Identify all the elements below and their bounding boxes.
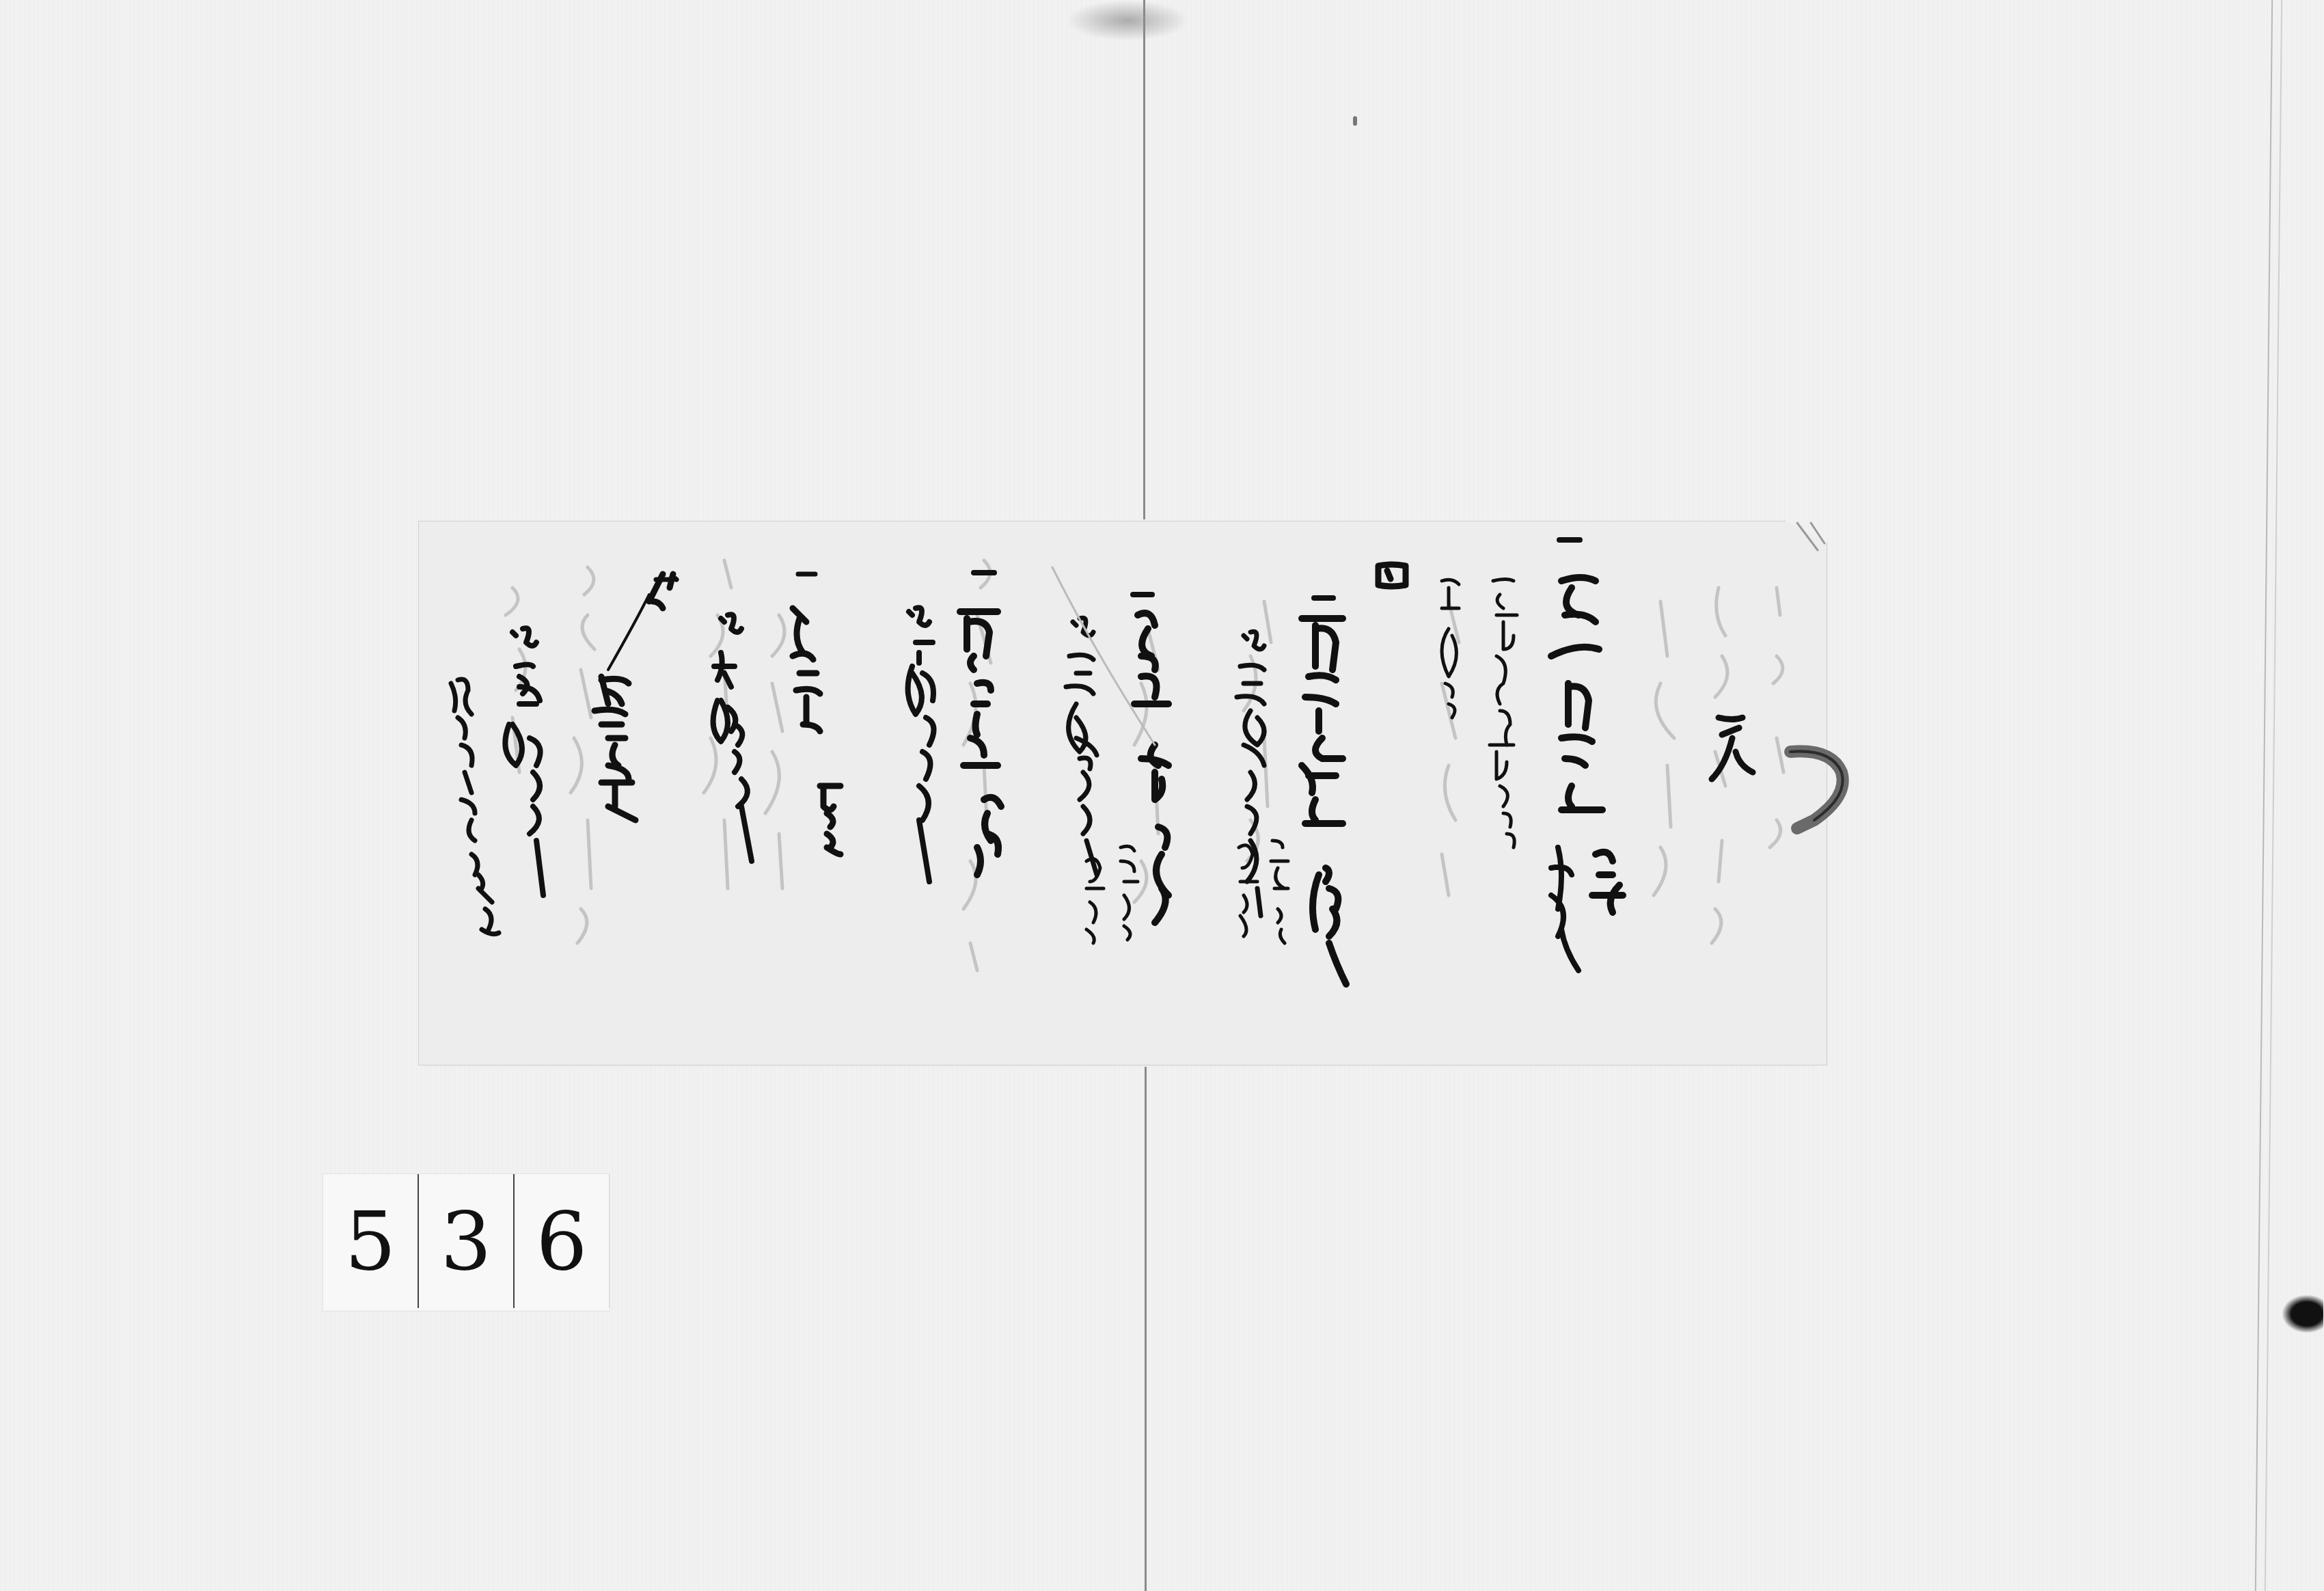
column-item-2[interactable] (1302, 598, 1346, 984)
handwriting-layer (0, 0, 2324, 1591)
column-subitem-2 (1237, 631, 1264, 916)
column-item-6[interactable] (594, 574, 676, 820)
column-item-1[interactable] (1551, 540, 1623, 970)
column-subitem-3 (1066, 618, 1097, 875)
column-note-3 (1239, 841, 1288, 943)
box-mark (1378, 565, 1406, 586)
index-digit-3: 6 (515, 1174, 610, 1308)
column-note-1 (1490, 580, 1517, 848)
column-item-7-marker (608, 580, 676, 670)
index-label-536: 5 3 6 (323, 1174, 610, 1311)
column-subitem-4 (908, 608, 934, 882)
column-heading (1712, 718, 1753, 779)
folded-corner (1797, 523, 1824, 550)
column-subitem-5 (713, 614, 752, 861)
string-tie-icon (1790, 751, 1843, 828)
column-closing (451, 679, 499, 934)
column-item-4[interactable] (960, 573, 1001, 875)
index-digit-1: 5 (323, 1174, 419, 1308)
index-digit-2: 3 (419, 1174, 515, 1308)
column-item-5[interactable] (793, 574, 840, 854)
